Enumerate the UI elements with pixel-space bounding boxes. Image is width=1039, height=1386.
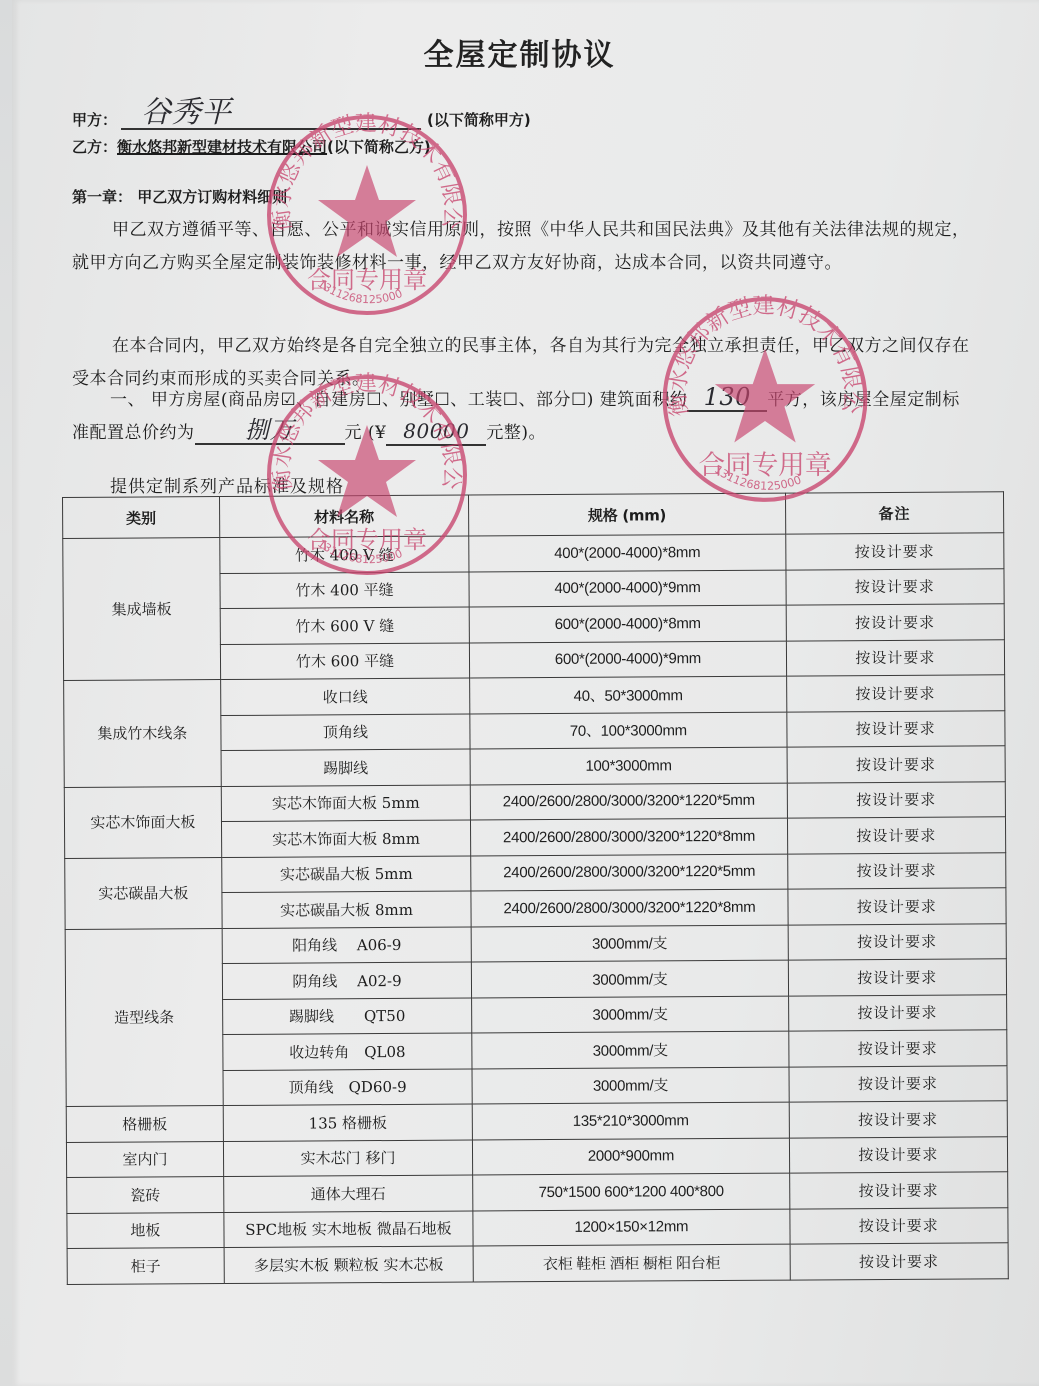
- table-row: 集成墙板竹木 400 V 缝400*(2000-4000)*8mm按设计要求: [63, 533, 1004, 574]
- note-cell: 按设计要求: [787, 852, 1006, 889]
- note-cell: 按设计要求: [785, 533, 1004, 570]
- spec-cell: 2400/2600/2800/3000/3200*1220*5mm: [471, 854, 788, 891]
- material-cell: 竹木 600 平缝: [220, 643, 470, 680]
- spec-cell: 2400/2600/2800/3000/3200*1220*8mm: [471, 889, 788, 926]
- price-suffix: 元整)。: [486, 423, 546, 443]
- material-cell: 阴角线 A02-9: [222, 962, 472, 999]
- spec-cell: 40、50*3000mm: [470, 676, 787, 713]
- table-row: 集成竹木线条收口线40、50*3000mm按设计要求: [64, 675, 1005, 716]
- price-in-words: 捌万: [195, 417, 345, 445]
- document-title: 全屋定制协议: [0, 30, 1039, 74]
- note-cell: 按设计要求: [787, 817, 1006, 854]
- note-cell: 按设计要求: [789, 1101, 1008, 1138]
- note-cell: 按设计要求: [788, 1030, 1007, 1067]
- spec-cell: 400*(2000-4000)*8mm: [469, 534, 786, 571]
- spec-cell: 3000mm/支: [471, 925, 788, 962]
- spec-cell: 3000mm/支: [472, 960, 789, 997]
- table-row: 柜子多层实木板 颗粒板 实木芯板衣柜 鞋柜 酒柜 橱柜 阳台柜按设计要求: [67, 1243, 1008, 1284]
- material-cell: 实芯木饰面大板 8mm: [221, 820, 471, 857]
- material-cell: 实木芯门 移门: [223, 1140, 473, 1177]
- header-category: 类别: [63, 497, 220, 539]
- note-cell: 按设计要求: [788, 888, 1007, 925]
- table-row: 实芯木饰面大板实芯木饰面大板 5mm2400/2600/2800/3000/32…: [64, 781, 1005, 822]
- category-cell: 柜子: [67, 1248, 224, 1284]
- spec-cell: 100*3000mm: [470, 747, 787, 784]
- note-cell: 按设计要求: [789, 1172, 1008, 1209]
- table-row: 实芯碳晶大板实芯碳晶大板 5mm2400/2600/2800/3000/3200…: [65, 852, 1006, 893]
- spec-cell: 400*(2000-4000)*9mm: [469, 570, 786, 607]
- spec-cell: 衣柜 鞋柜 酒柜 橱柜 阳台柜: [473, 1244, 790, 1281]
- clause-house-info: 一、 甲方房屋(商品房☑、自建房☐、别墅☐、工装☐、部分☐) 建筑面积约130平…: [72, 384, 972, 450]
- party-b-line: 乙方：衡水悠邦新型建材技术有限公司(以下简称乙方): [72, 136, 431, 157]
- category-cell: 地板: [67, 1212, 224, 1248]
- category-cell: 格栅板: [66, 1106, 223, 1142]
- material-cell: 竹木 600 V 缝: [220, 607, 470, 644]
- table-intro: 提供定制系列产品标准及规格: [110, 472, 344, 497]
- header-note: 备注: [785, 492, 1004, 534]
- material-cell: 实芯碳晶大板 5mm: [222, 856, 472, 893]
- party-a-suffix: (以下简称甲方): [427, 111, 531, 129]
- table-row: 室内门实木芯门 移门2000*900mm按设计要求: [66, 1136, 1007, 1177]
- spec-cell: 600*(2000-4000)*9mm: [470, 641, 787, 678]
- note-cell: 按设计要求: [790, 1243, 1009, 1280]
- price-number: 80000: [386, 418, 486, 446]
- spec-cell: 3000mm/支: [472, 1067, 789, 1104]
- party-a-signature: 谷秀平: [121, 98, 421, 130]
- material-cell: 实芯木饰面大板 5mm: [221, 785, 471, 822]
- party-b-label: 乙方：: [72, 138, 117, 156]
- category-cell: 实芯木饰面大板: [64, 786, 221, 858]
- note-cell: 按设计要求: [786, 568, 1005, 605]
- note-cell: 按设计要求: [787, 781, 1006, 818]
- spec-cell: 1200×150×12mm: [473, 1209, 790, 1246]
- category-cell: 实芯碳晶大板: [65, 857, 222, 929]
- paragraph-principles: 甲乙双方遵循平等、自愿、公平和诚实信用原则，按照《中华人民共和国民法典》及其他有…: [72, 214, 972, 280]
- material-cell: 踢脚线 QT50: [222, 998, 472, 1035]
- header-spec: 规格 (mm): [469, 493, 786, 536]
- table-row: 造型线条阳角线 A06-93000mm/支按设计要求: [65, 923, 1006, 964]
- material-cell: 实芯碳晶大板 8mm: [222, 891, 472, 928]
- party-b-name: 衡水悠邦新型建材技术有限公司: [117, 138, 327, 156]
- material-cell: 顶角线: [221, 714, 471, 751]
- chapter-heading: 第一章： 甲乙双方订购材料细则: [72, 186, 287, 207]
- note-cell: 按设计要求: [786, 710, 1005, 747]
- material-cell: 阳角线 A06-9: [222, 927, 472, 964]
- note-cell: 按设计要求: [786, 639, 1005, 676]
- category-cell: 集成墙板: [63, 538, 221, 681]
- material-cell: 多层实木板 颗粒板 实木芯板: [224, 1246, 474, 1283]
- price-mid: 元 (¥: [345, 423, 387, 443]
- material-cell: 135 格栅板: [223, 1104, 473, 1141]
- area-value: 130: [687, 384, 767, 412]
- material-cell: 顶角线 QD60-9: [223, 1069, 473, 1106]
- category-cell: 造型线条: [65, 928, 223, 1106]
- table-body: 集成墙板竹木 400 V 缝400*(2000-4000)*8mm按设计要求竹木…: [63, 533, 1009, 1284]
- note-cell: 按设计要求: [789, 1065, 1008, 1102]
- spec-cell: 2000*900mm: [473, 1138, 790, 1175]
- category-cell: 瓷砖: [67, 1177, 224, 1213]
- category-cell: 室内门: [66, 1141, 223, 1177]
- spec-cell: 600*(2000-4000)*8mm: [469, 605, 786, 642]
- note-cell: 按设计要求: [788, 923, 1007, 960]
- table-header-row: 类别 材料名称 规格 (mm) 备注: [63, 492, 1004, 539]
- note-cell: 按设计要求: [787, 746, 1006, 783]
- note-cell: 按设计要求: [790, 1207, 1009, 1244]
- table-row: 格栅板135 格栅板135*210*3000mm按设计要求: [66, 1101, 1007, 1142]
- category-cell: 集成竹木线条: [64, 680, 221, 787]
- note-cell: 按设计要求: [786, 675, 1005, 712]
- note-cell: 按设计要求: [788, 994, 1007, 1031]
- spec-cell: 3000mm/支: [472, 996, 789, 1033]
- spec-cell: 3000mm/支: [472, 1031, 789, 1068]
- table-row: 地板SPC地板 实木地板 微晶石地板1200×150×12mm按设计要求: [67, 1207, 1008, 1248]
- party-b-suffix: (以下简称乙方): [327, 138, 431, 156]
- material-cell: 竹木 400 平缝: [220, 572, 470, 609]
- material-cell: 收边转角 QL08: [223, 1033, 473, 1070]
- material-cell: 收口线: [220, 678, 470, 715]
- header-material: 材料名称: [219, 495, 469, 538]
- spec-cell: 135*210*3000mm: [472, 1102, 789, 1139]
- material-cell: 踢脚线: [221, 749, 471, 786]
- spec-cell: 70、100*3000mm: [470, 712, 787, 749]
- table-row: 瓷砖通体大理石750*1500 600*1200 400*800按设计要求: [67, 1172, 1008, 1213]
- material-cell: 竹木 400 V 缝: [220, 536, 470, 573]
- spec-table: 类别 材料名称 规格 (mm) 备注 集成墙板竹木 400 V 缝400*(20…: [62, 491, 1009, 1284]
- spec-cell: 2400/2600/2800/3000/3200*1220*5mm: [470, 783, 787, 820]
- party-a-label: 甲方：: [72, 111, 117, 129]
- note-cell: 按设计要求: [786, 604, 1005, 641]
- clause-prefix: 一、 甲方房屋(商品房☑、自建房☐、别墅☐、工装☐、部分☐) 建筑面积约: [110, 390, 687, 410]
- note-cell: 按设计要求: [788, 959, 1007, 996]
- note-cell: 按设计要求: [789, 1136, 1008, 1173]
- material-cell: 通体大理石: [223, 1175, 473, 1212]
- spec-cell: 750*1500 600*1200 400*800: [473, 1173, 790, 1210]
- material-cell: SPC地板 实木地板 微晶石地板: [224, 1211, 474, 1248]
- spec-cell: 2400/2600/2800/3000/3200*1220*8mm: [471, 818, 788, 855]
- party-a-line: 甲方：谷秀平(以下简称甲方): [72, 98, 531, 130]
